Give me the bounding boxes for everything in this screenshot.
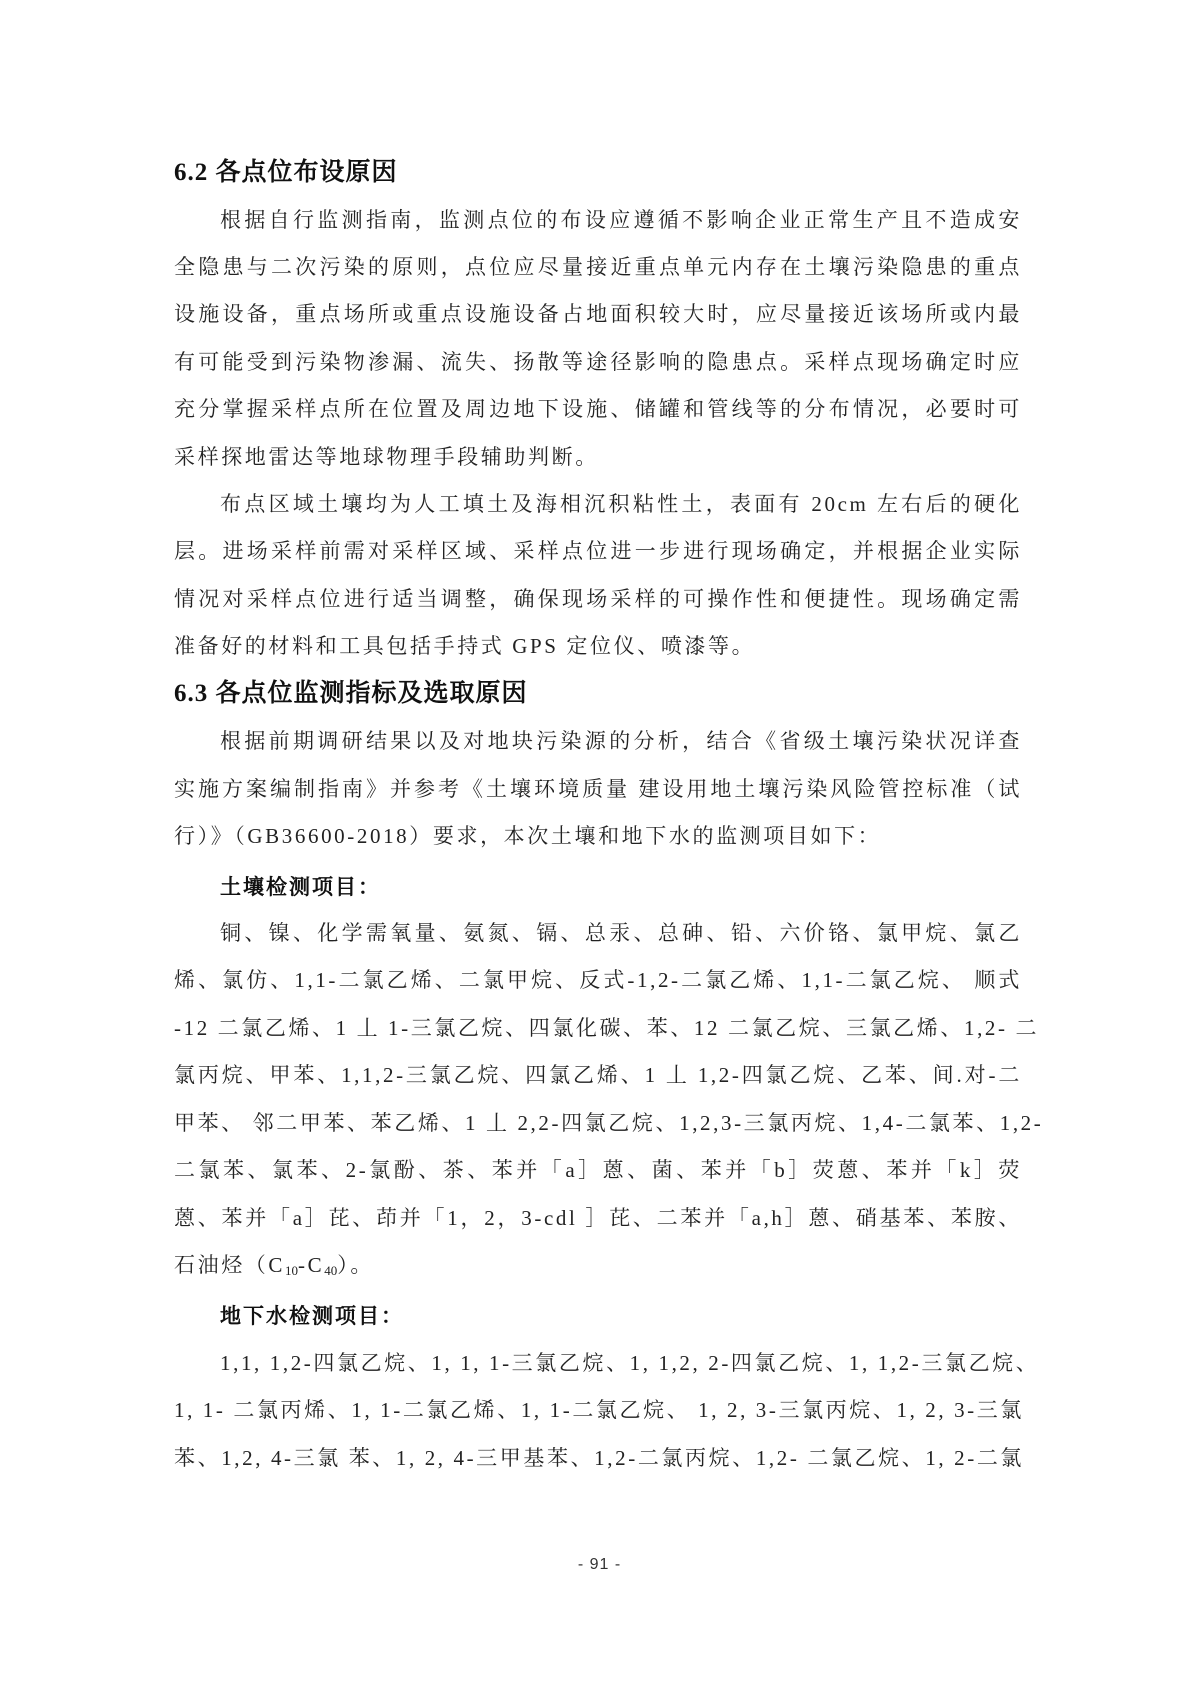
paragraph-line: 实施方案编制指南》并参考《土壤环境质量 建设用地土壤污染风险管控标准（试 <box>174 775 1022 803</box>
page-number: - 91 - <box>0 1556 1199 1574</box>
soil-item-line: 蒽、苯并「a］芘、茚并「1，2，3-cdl ］芘、二苯并「a,h］蒽、硝基苯、苯… <box>174 1204 1022 1232</box>
groundwater-item-line: 1,1, 1,2-四氯乙烷、1, 1, 1-三氯乙烷、1, 1,2, 2-四氯乙… <box>220 1349 1022 1377</box>
paragraph-line: 设施设备，重点场所或重点设施设备占地面积较大时，应尽量接近该场所或内最 <box>174 300 1022 328</box>
paragraph-line: 布点区域土壤均为人工填土及海相沉积粘性土，表面有 20cm 左右后的硬化 <box>220 490 1022 518</box>
soil-item-line: 甲苯、 邻二甲苯、苯乙烯、1 丄 2,2-四氯乙烷、1,2,3-三氯丙烷、1,4… <box>174 1109 1022 1137</box>
soil-item-line: 烯、氯仿、1,1-二氯乙烯、二氯甲烷、反式-1,2-二氯乙烯、1,1-二氯乙烷、… <box>174 966 1022 994</box>
soil-item-line: 氯丙烷、甲苯、1,1,2-三氯乙烷、四氯乙烯、1 丄 1,2-四氯乙烷、乙苯、间… <box>174 1061 1022 1089</box>
paragraph-line: 情况对采样点位进行适当调整，确保现场采样的可操作性和便捷性。现场确定需 <box>174 585 1022 613</box>
groundwater-item-line: 1, 1- 二氯丙烯、1, 1-二氯乙烯、1, 1-二氯乙烷、 1, 2, 3-… <box>174 1396 1022 1424</box>
document-page: 6.2 各点位布设原因 根据自行监测指南，监测点位的布设应遵循不影响企业正常生产… <box>0 0 1199 1696</box>
groundwater-items-label: 地下水检测项目： <box>220 1300 404 1330</box>
soil-item-line: 铜、镍、化学需氧量、氨氮、镉、总汞、总砷、铅、六价铬、氯甲烷、氯乙 <box>220 919 1022 947</box>
paragraph-line: 充分掌握采样点所在位置及周边地下设施、储罐和管线等的分布情况，必要时可 <box>174 395 1022 423</box>
petroleum-hydrocarbon-suffix: ）。 <box>337 1253 374 1277</box>
petroleum-hydrocarbon-prefix: 石油烃（C <box>174 1253 285 1277</box>
subscript-10: 10 <box>285 1263 298 1278</box>
section-heading-6-3: 6.3 各点位监测指标及选取原因 <box>174 673 528 709</box>
paragraph-line: 有可能受到污染物渗漏、流失、扬散等途径影响的隐患点。采样点现场确定时应 <box>174 348 1022 376</box>
paragraph-line: 准备好的材料和工具包括手持式 GPS 定位仪、喷漆等。 <box>174 632 1022 660</box>
paragraph-line: 层。进场采样前需对采样区域、采样点位进一步进行现场确定，并根据企业实际 <box>174 537 1022 565</box>
paragraph-line: 根据自行监测指南，监测点位的布设应遵循不影响企业正常生产且不造成安 <box>220 206 1022 234</box>
petroleum-hydrocarbon-mid: -C <box>298 1253 324 1277</box>
paragraph-line: 全隐患与二次污染的原则，点位应尽量接近重点单元内存在土壤污染隐患的重点 <box>174 253 1022 281</box>
soil-items-label: 土壤检测项目： <box>220 871 381 901</box>
soil-item-line: 二氯苯、氯苯、2-氯酚、茶、苯并「a］蒽、菌、苯并「b］荧蒽、苯并「k］荧 <box>174 1156 1022 1184</box>
paragraph-line: 采样探地雷达等地球物理手段辅助判断。 <box>174 443 1022 471</box>
section-heading-6-2: 6.2 各点位布设原因 <box>174 152 398 188</box>
soil-item-line: -12 二氯乙烯、1 丄 1-三氯乙烷、四氯化碳、苯、12 二氯乙烷、三氯乙烯、… <box>174 1014 1022 1042</box>
soil-item-line-last: 石油烃（C10-C40）。 <box>174 1251 1022 1285</box>
groundwater-item-line: 苯、1,2, 4-三氯 苯、1, 2, 4-三甲基苯、1,2-二氯丙烷、1,2-… <box>174 1444 1022 1472</box>
paragraph-line: 行）》（GB36600-2018）要求，本次土壤和地下水的监测项目如下： <box>174 822 1022 850</box>
subscript-40: 40 <box>324 1263 337 1278</box>
paragraph-line: 根据前期调研结果以及对地块污染源的分析，结合《省级土壤污染状况详查 <box>220 727 1022 755</box>
